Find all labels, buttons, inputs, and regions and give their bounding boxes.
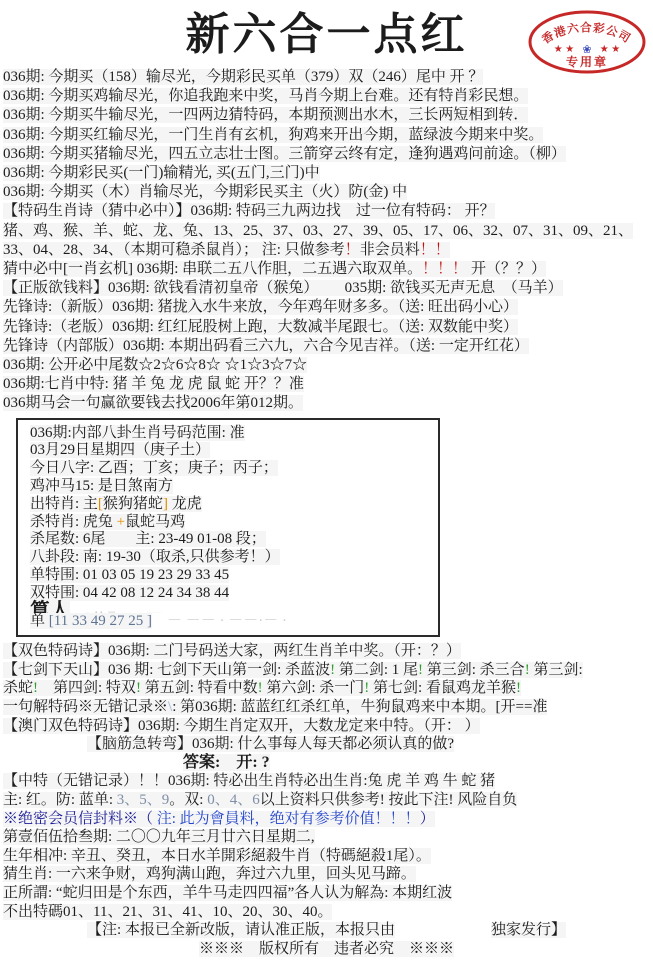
pioneer-poem-line: 先锋诗:（新版）036期: 猪拢入水牛来放，今年鸡年财多多。（送: 旺出码小心） (3, 298, 650, 317)
box-line: 今日八字: 乙酉；丁亥；庚子；丙子； (30, 460, 430, 478)
box-line: 杀尾数: 6尾 主: 23-49 01-08 段； (30, 531, 430, 549)
tip-line: 一句解特码※无错记录※\: 第036期: 蓝蓝红红杀红单，牛狗鼠鸡来中本期。[开… (3, 698, 650, 717)
box-line: 鸡冲马15: 是日煞南方 (30, 478, 430, 496)
pioneer-poem-line: 先锋诗:（老版）036期: 红红屁股树上跑，大数减半尾跟七。（送: 双数能中奖） (3, 318, 650, 337)
company-seal-stamp: 香港六合彩公司 ★ ★ ❀ ★ ★ 专用章 (525, 6, 649, 78)
tip-line: 生年相冲: 辛丑、癸丑，本日水羊開彩絕殺牛肖（特碼絕殺1尾）。 (3, 847, 650, 866)
tip-line: 主: 红。防: 蓝单: 3、5、9。双: 0、4、6以上资料只供参考! 按此下注… (3, 791, 650, 810)
member-note-line: ※绝密会员信封料※（ 注: 此为會員料，绝对有参考价值！！！） (3, 810, 650, 829)
tip-line: 036期: 今期买鸡输尽光，你追我跑来中奖，马肖今期上台难。还有特肖彩民想。 (3, 87, 650, 106)
tip-line: 036期: 今期买（木）肖输尽光，今期彩民买主（火）防(金) 中 (3, 183, 650, 202)
stamp-seal-text: 专用章 (566, 54, 608, 69)
tip-line: 猜生肖: 一六来争财，鸡狗满山跑，奔过六九里，回头见马蹄。 (3, 865, 650, 884)
box-line: 03月29日星期四（庚子土） (30, 442, 430, 460)
tip-line: 036期: 今期买猪输尽光，四五立志壮士图。三箭穿云终有定，逢狗遇鸡问前途。（柳… (3, 145, 650, 164)
stamp-stars-right: ★ ★ (600, 44, 620, 55)
riddle-line: 【脑筋急转弯】036期: 什么事每人每天都必须认真的做? (3, 735, 650, 754)
box-line: 双特围: 04 42 08 12 24 34 38 44 (30, 585, 430, 603)
box-line: 杀特肖: 虎兔 +鼠蛇马鸡 (30, 514, 430, 532)
seven-swords-line: 【七剑下天山】036 期: 七剑下天山第一剑: 杀蓝波! 第二剑: 1 尾! 第… (3, 661, 650, 680)
pioneer-poem-line: 先锋诗（内部版）036期: 本期出码看三六九，六合今见吉祥。（送: 一定开红花） (3, 337, 650, 356)
stamp-stars-left: ★ ★ (554, 44, 574, 55)
zodiac-poem-header: 【特码生肖诗（猜中必中）】036期: 特码三九两边找 过一位有特码： 开？ (3, 202, 650, 221)
seven-zodiac-line: 036期:七肖中特: 猪 羊 兔 龙 虎 鼠 蛇 开？？准 (3, 375, 650, 394)
box-line: 036期:内部八卦生肖号码范围: 准 (30, 425, 430, 443)
box-line: 八卦段: 南: 19-30（取杀,只供参考！） (30, 549, 430, 567)
tail-numbers-line: 036期: 公开必中尾数☆2☆6☆8☆ ☆1☆3☆7☆ (3, 356, 650, 375)
tip-line: 036期: 今期买牛输尽光，一四两边猜特码，本期预测出水木，三长两短相到转． (3, 106, 650, 125)
bagua-info-box: 036期:内部八卦生肖号码范围: 准 03月29日星期四（庚子土） 今日八字: … (16, 418, 440, 638)
riddle-answer-line: 答案: 开: ? (3, 754, 650, 773)
tip-line: 【正版欲钱料】036期: 欲钱看清初皇帝（猴兔） 035期: 欲钱买无声无息 （… (3, 279, 650, 298)
tip-line: 036期马会一句赢欲要钱去找2006年第012期。 (3, 394, 650, 413)
tip-line: 【双色特码诗】036期: 二门号码送大家，两红生肖羊中奖。（开：？） (3, 642, 650, 661)
svg-text:香港六合彩公司: 香港六合彩公司 (539, 20, 633, 46)
tip-line: 036期: 今期彩民买(一门)输精光, 买(五门,三门)中 (3, 164, 650, 183)
tip-line: 猜中必中[一肖玄机] 036期: 串联二五八作胆，二五遇六取双单。！！！ 开（？… (3, 260, 650, 279)
report-bottom: 【双色特码诗】036期: 二门号码送大家，两红生肖羊中奖。（开：？） 【七剑下天… (3, 642, 650, 958)
tip-line: 正所謂: “蛇归田是个东西，羊牛马走四四福”各人认为解為: 本期红波 (3, 884, 650, 903)
report-body: 036期: 今期买（158）输尽光，今期彩民买单（379）双（246）尾中 开 … (0, 66, 653, 958)
stamp-company-text: 香港六合彩公司 (539, 20, 633, 46)
box-line: 单特围: 01 03 05 19 23 29 33 45 (30, 567, 430, 585)
copyright-line: ※※※ 版权所有 违者必究 ※※※ (3, 940, 650, 959)
tip-line: 【中特（无错记录）！！036期: 特必出生肖特必出生肖:兔 虎 羊 鸡 牛 蛇 … (3, 772, 650, 791)
zodiac-number-list: 猪、鸡、猴、羊、蛇、龙、兔、13、25、37、03、27、39、05、17、06… (3, 222, 650, 241)
zodiac-number-list: 33、04、28、34、（本期可稳杀鼠肖）； 注: 只做参考！非会员料！！ (3, 241, 650, 260)
tip-line: 不出特碼01、11、21、31、41、10、20、30、40。 (3, 903, 650, 922)
lottery-tip-sheet: 新六合一点红 香港六合彩公司 ★ ★ ❀ ★ ★ 专用章 036期: 今期买（1… (0, 0, 653, 970)
box-overprint-line: 单 [11 33 49 27 25 ] － －－ · －－·－ · (30, 613, 430, 631)
publisher-note-line: 【注: 本报已全新改版，请认准正版，本报只由 独家发行】 (3, 921, 650, 940)
tip-line: 第壹佰伍拾叁期: 二〇〇九年三月廿六日星期二, (3, 828, 650, 847)
box-line: 出特肖: 主[猴狗猪蛇] 龙虎 (30, 496, 430, 514)
tip-line: 【澳门双色特码诗】036期: 今期生肖定双开，大数龙定来中特。（开： ） (3, 717, 650, 736)
tip-line: 036期: 今期买红输尽光，一门生肖有玄机，狗鸡来开出今期，蓝绿波今期来中奖。 (3, 126, 650, 145)
seven-swords-line: 杀蛇! 第四剑: 特双! 第五剑: 特看中数! 第六剑: 杀一门! 第七剑: 看… (3, 679, 650, 698)
